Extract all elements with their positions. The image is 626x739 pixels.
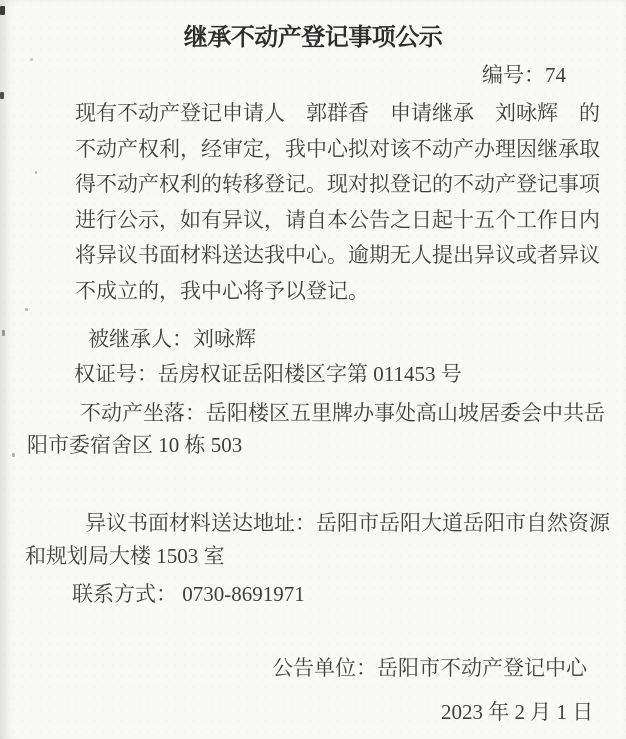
scan-speck	[25, 308, 28, 311]
body-line-5: 将异议书面材料送达我中心。逾期无人提出异议或者异议	[75, 241, 600, 269]
scan-speck	[30, 58, 33, 61]
footer-date: 2023 年 2 月 1 日	[441, 698, 593, 726]
footer-issuer: 公告单位：岳阳市不动产登记中心	[272, 654, 587, 682]
scan-speck	[12, 453, 15, 457]
field-decedent: 被继承人：刘咏辉	[88, 325, 256, 353]
body-line-4: 进行公示，如有异议，请自本公告之日起十五个工作日内	[75, 206, 600, 234]
body-line-6: 不成立的，我中心将予以登记。	[75, 277, 369, 305]
scan-edge-mark	[0, 92, 4, 99]
field-objection-address-line1: 异议书面材料送达地址：岳阳市岳阳大道岳阳市自然资源	[85, 509, 610, 537]
field-property-location-line2: 阳市委宿舍区 10 栋 503	[27, 431, 242, 459]
body-line-1: 现有不动产登记申请人 郭群香 申请继承 刘咏辉 的	[75, 99, 600, 127]
field-objection-address-line2: 和规划局大楼 1503 室	[25, 542, 225, 570]
scan-edge-mark	[2, 330, 5, 336]
field-contact-phone: 联系方式： 0730-8691971	[72, 580, 305, 608]
doc-number: 编号：74	[482, 61, 566, 89]
field-property-location-line1: 不动产坐落：岳阳楼区五里牌办事处高山坡居委会中共岳	[80, 399, 605, 427]
scan-speck	[35, 171, 37, 174]
body-line-3: 得不动产权利的转移登记。现对拟登记的不动产登记事项	[75, 170, 600, 198]
scan-edge-mark	[0, 6, 5, 15]
field-certificate-no: 权证号：岳房权证岳阳楼区字第 011453 号	[74, 360, 462, 388]
document-page: 继承不动产登记事项公示 编号：74 现有不动产登记申请人 郭群香 申请继承 刘咏…	[0, 0, 626, 739]
body-line-2: 不动产权利，经审定，我中心拟对该不动产办理因继承取	[75, 135, 600, 163]
notice-title: 继承不动产登记事项公示	[0, 17, 626, 52]
